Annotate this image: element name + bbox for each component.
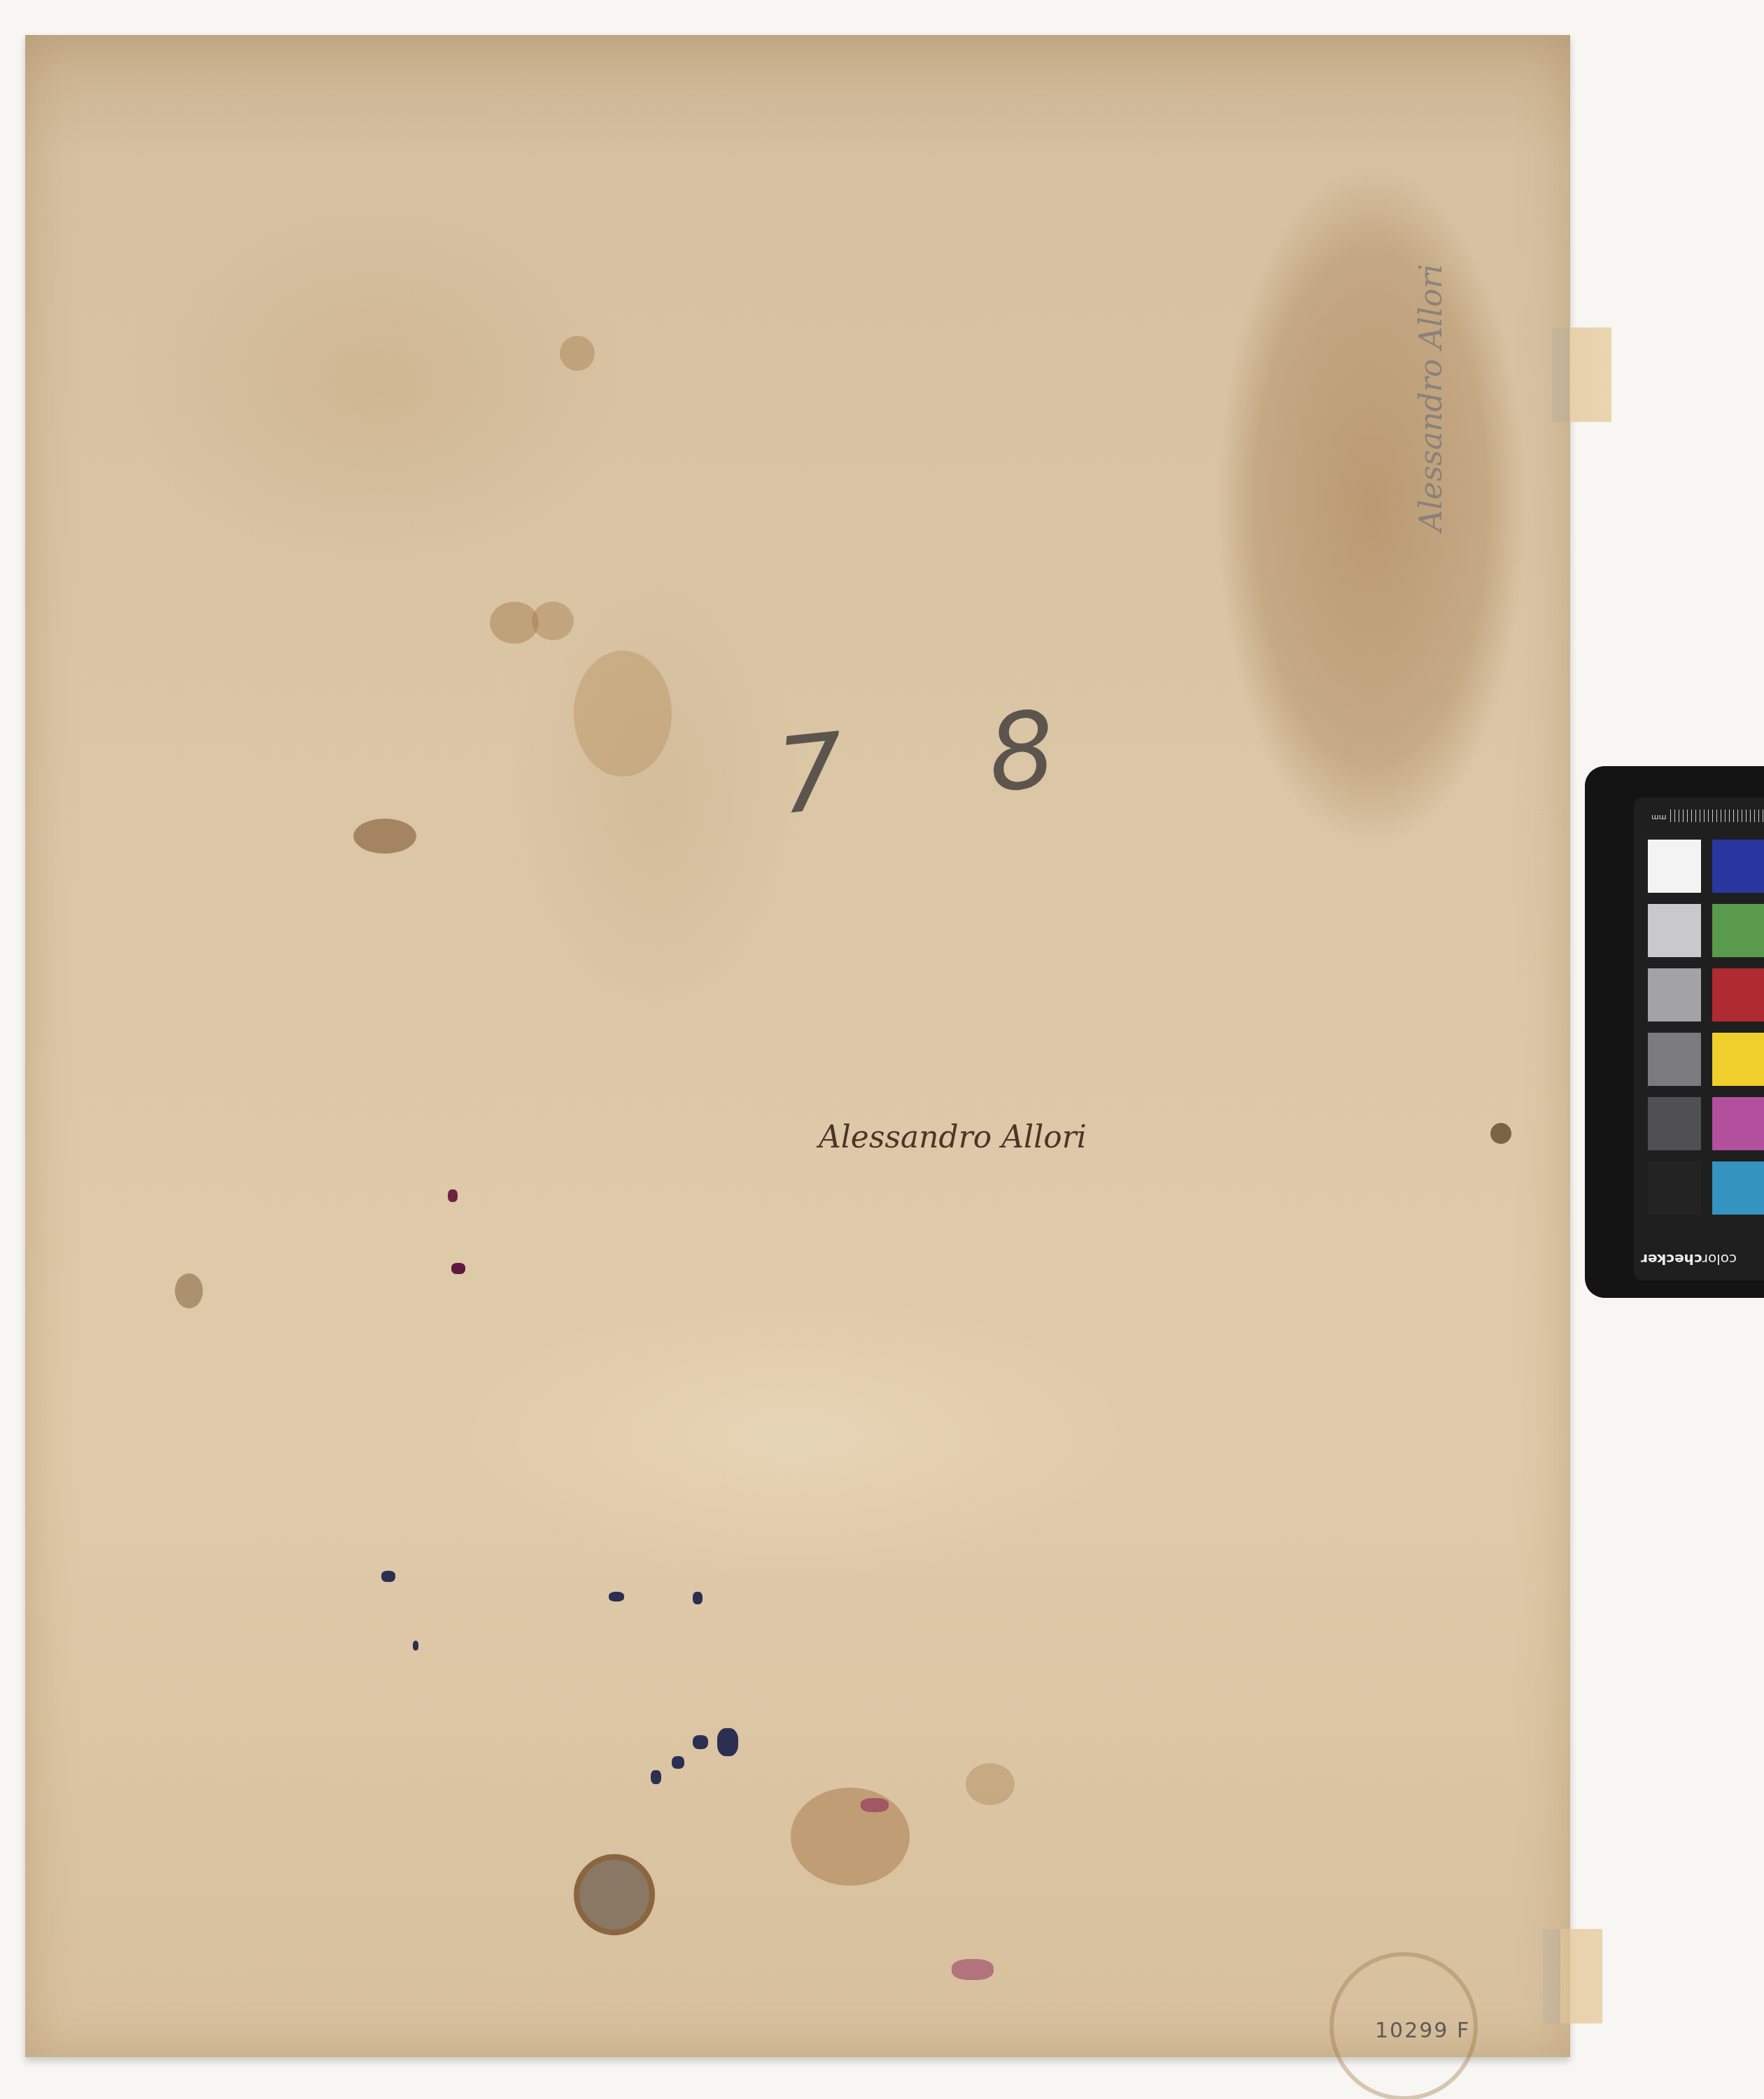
signature-inscription: Alessandro Allori bbox=[819, 1119, 1087, 1155]
ink-spot bbox=[861, 1798, 889, 1812]
ink-spot bbox=[381, 1571, 395, 1582]
ink-spot bbox=[693, 1735, 708, 1749]
stain bbox=[560, 336, 595, 371]
colorchecker-card: mm colorchecker bbox=[1634, 798, 1764, 1280]
ink-spot bbox=[672, 1756, 684, 1769]
ink-spot bbox=[609, 1592, 624, 1602]
mm-ruler: mm bbox=[1651, 805, 1764, 822]
swatch-grid bbox=[1648, 840, 1764, 1215]
ink-spot bbox=[693, 1592, 703, 1604]
stain bbox=[574, 1854, 655, 1935]
brand-bold: checker bbox=[1641, 1251, 1702, 1268]
vertical-pencil-note: Alessandro Allori bbox=[1413, 264, 1449, 532]
swatch-blue bbox=[1712, 840, 1764, 893]
swatch-green bbox=[1712, 904, 1764, 957]
hinge-tape-top bbox=[1552, 327, 1611, 422]
swatch-gray bbox=[1648, 1033, 1701, 1086]
colorchecker-holder: mm colorchecker bbox=[1585, 766, 1764, 1298]
stain bbox=[1490, 1123, 1511, 1144]
stain bbox=[791, 1788, 910, 1886]
hinge-tape-bottom bbox=[1543, 1929, 1602, 2023]
stain bbox=[574, 651, 672, 777]
stain bbox=[353, 819, 416, 854]
swatch-magenta bbox=[1712, 1097, 1764, 1150]
swatch-mid-gray bbox=[1648, 968, 1701, 1022]
ink-spot bbox=[952, 1959, 994, 1980]
inventory-number: 10299 F bbox=[1375, 2019, 1470, 2043]
swatch-cyan bbox=[1712, 1161, 1764, 1215]
swatch-light-gray bbox=[1648, 904, 1701, 957]
brand-light: color bbox=[1702, 1251, 1737, 1268]
colorchecker-brand-label: colorchecker bbox=[1641, 1251, 1737, 1268]
ink-spot bbox=[651, 1770, 661, 1784]
swatch-white bbox=[1648, 840, 1701, 893]
stain bbox=[175, 1273, 203, 1308]
stain bbox=[532, 602, 574, 640]
ruler-ticks bbox=[1670, 810, 1764, 822]
swatch-dark-gray bbox=[1648, 1097, 1701, 1150]
swatch-yellow bbox=[1712, 1033, 1764, 1086]
swatch-black bbox=[1648, 1161, 1701, 1215]
stain bbox=[966, 1763, 1015, 1805]
ink-spot bbox=[448, 1189, 458, 1202]
ruler-unit: mm bbox=[1651, 813, 1666, 822]
ink-spot bbox=[451, 1263, 465, 1274]
ink-spot bbox=[413, 1641, 418, 1651]
swatch-red bbox=[1712, 968, 1764, 1022]
ink-spot bbox=[717, 1728, 738, 1756]
